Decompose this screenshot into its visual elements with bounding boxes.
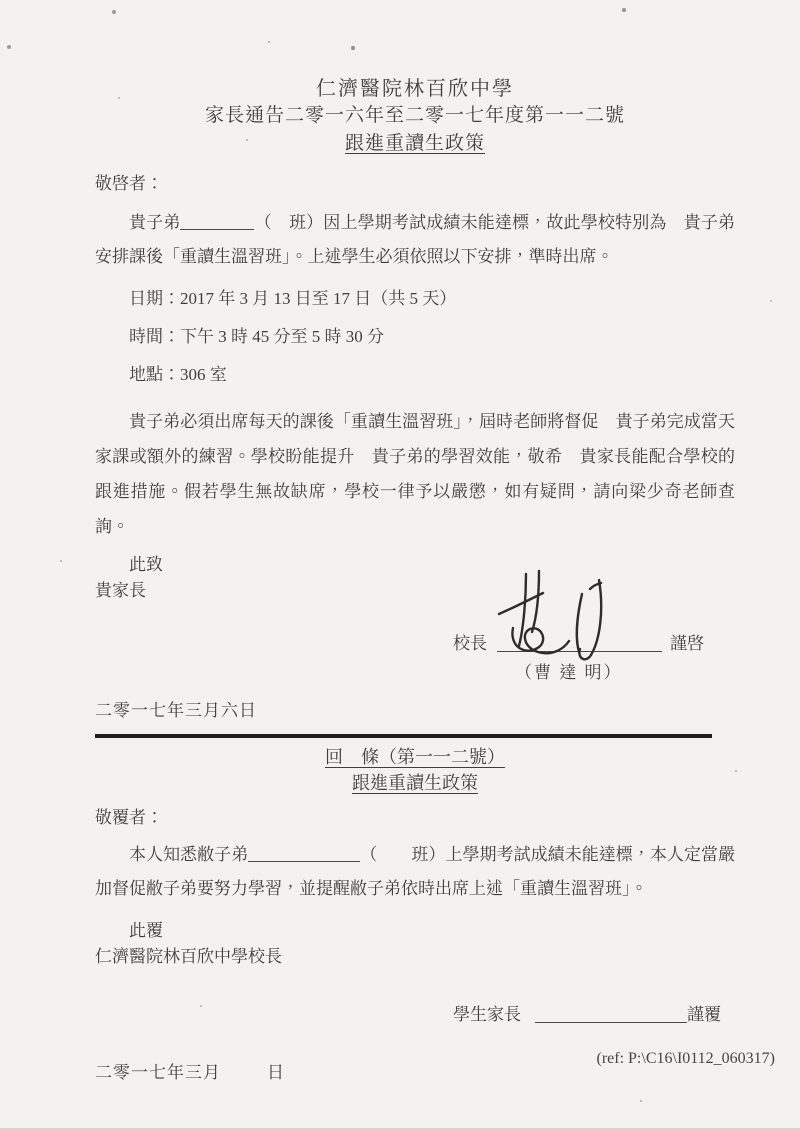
notice-subject: 跟進重讀生政策 — [95, 130, 735, 158]
schedule-time-line: 時間：下午 3 時 45 分至 5 時 30 分 — [129, 318, 735, 356]
reply-slip-title-text: 回 條（第一一二號） — [325, 747, 505, 767]
closing-recipient: 貴家長 — [95, 578, 735, 604]
notice-number-line: 家長通告二零一六年至二零一七年度第一一二號 — [95, 102, 735, 130]
schedule-date-line: 日期：2017 年 3 月 13 日至 17 日（共 5 天） — [129, 280, 735, 318]
principal-sign-row: 校長謹啓 — [453, 628, 735, 660]
parent-complimentary-close: 謹覆 — [687, 1005, 721, 1024]
parent-signature-line — [535, 1002, 687, 1023]
reply-slip-title: 回 條（第一一二號） — [95, 744, 735, 770]
letter-salutation: 敬啓者： — [95, 172, 735, 196]
schedule-venue-line: 地點：306 室 — [129, 356, 735, 394]
section-divider — [95, 734, 712, 738]
reply-slip-subject-text: 跟進重讀生政策 — [352, 773, 478, 793]
scanned-notice-page: 仁濟醫院林百欣中學 家長通告二零一六年至二零一七年度第一一二號 跟進重讀生政策 … — [0, 0, 800, 1130]
reply-slip-subject: 跟進重讀生政策 — [95, 770, 735, 796]
notice-subject-text: 跟進重讀生政策 — [345, 133, 485, 154]
file-ref: (ref: P:\C16\I0112_060317) — [0, 1050, 775, 1068]
closing-cizhi: 此致 — [129, 552, 735, 578]
reply-student-name-blank — [248, 843, 360, 862]
reply-closing-school: 仁濟醫院林百欣中學校長 — [95, 944, 735, 970]
reply-closing-cifu: 此覆 — [129, 918, 735, 944]
parent-sign-row: 學生家長謹覆 — [453, 1000, 735, 1030]
letter-intro-paragraph: 貴子弟（ 班）因上學期考試成績未能達標，故此學校特別為 貴子弟安排課後「重讀生溫… — [95, 206, 735, 274]
reply-paragraph: 本人知悉敝子弟（ 班）上學期考試成績未能達標，本人定當嚴加督促敝子弟要努力學習，… — [95, 838, 735, 906]
school-name: 仁濟醫院林百欣中學 — [95, 76, 735, 102]
parent-label: 學生家長 — [453, 1005, 521, 1024]
reply-before-blank: 本人知悉敝子弟 — [129, 845, 248, 864]
document-content: 仁濟醫院林百欣中學 家長通告二零一六年至二零一七年度第一一二號 跟進重讀生政策 … — [0, 0, 800, 1086]
letter-body-paragraph: 貴子弟必須出席每天的課後「重讀生溫習班」，屆時老師將督促 貴子弟完成當天家課或額… — [95, 404, 735, 544]
principal-name: （曹 達 明） — [515, 660, 735, 686]
student-name-blank — [180, 211, 254, 230]
reply-salutation: 敬覆者： — [95, 806, 735, 830]
letter-date: 二零一七年三月六日 — [95, 698, 735, 724]
intro-before-blank: 貴子弟 — [129, 213, 180, 232]
schedule-details: 日期：2017 年 3 月 13 日至 17 日（共 5 天） 時間：下午 3 … — [129, 280, 735, 394]
principal-complimentary-close: 謹啓 — [670, 634, 704, 653]
principal-signature-block: 校長謹啓 （曹 達 明） — [95, 628, 735, 686]
principal-label: 校長 — [453, 634, 487, 653]
principal-signature-line — [497, 631, 662, 652]
